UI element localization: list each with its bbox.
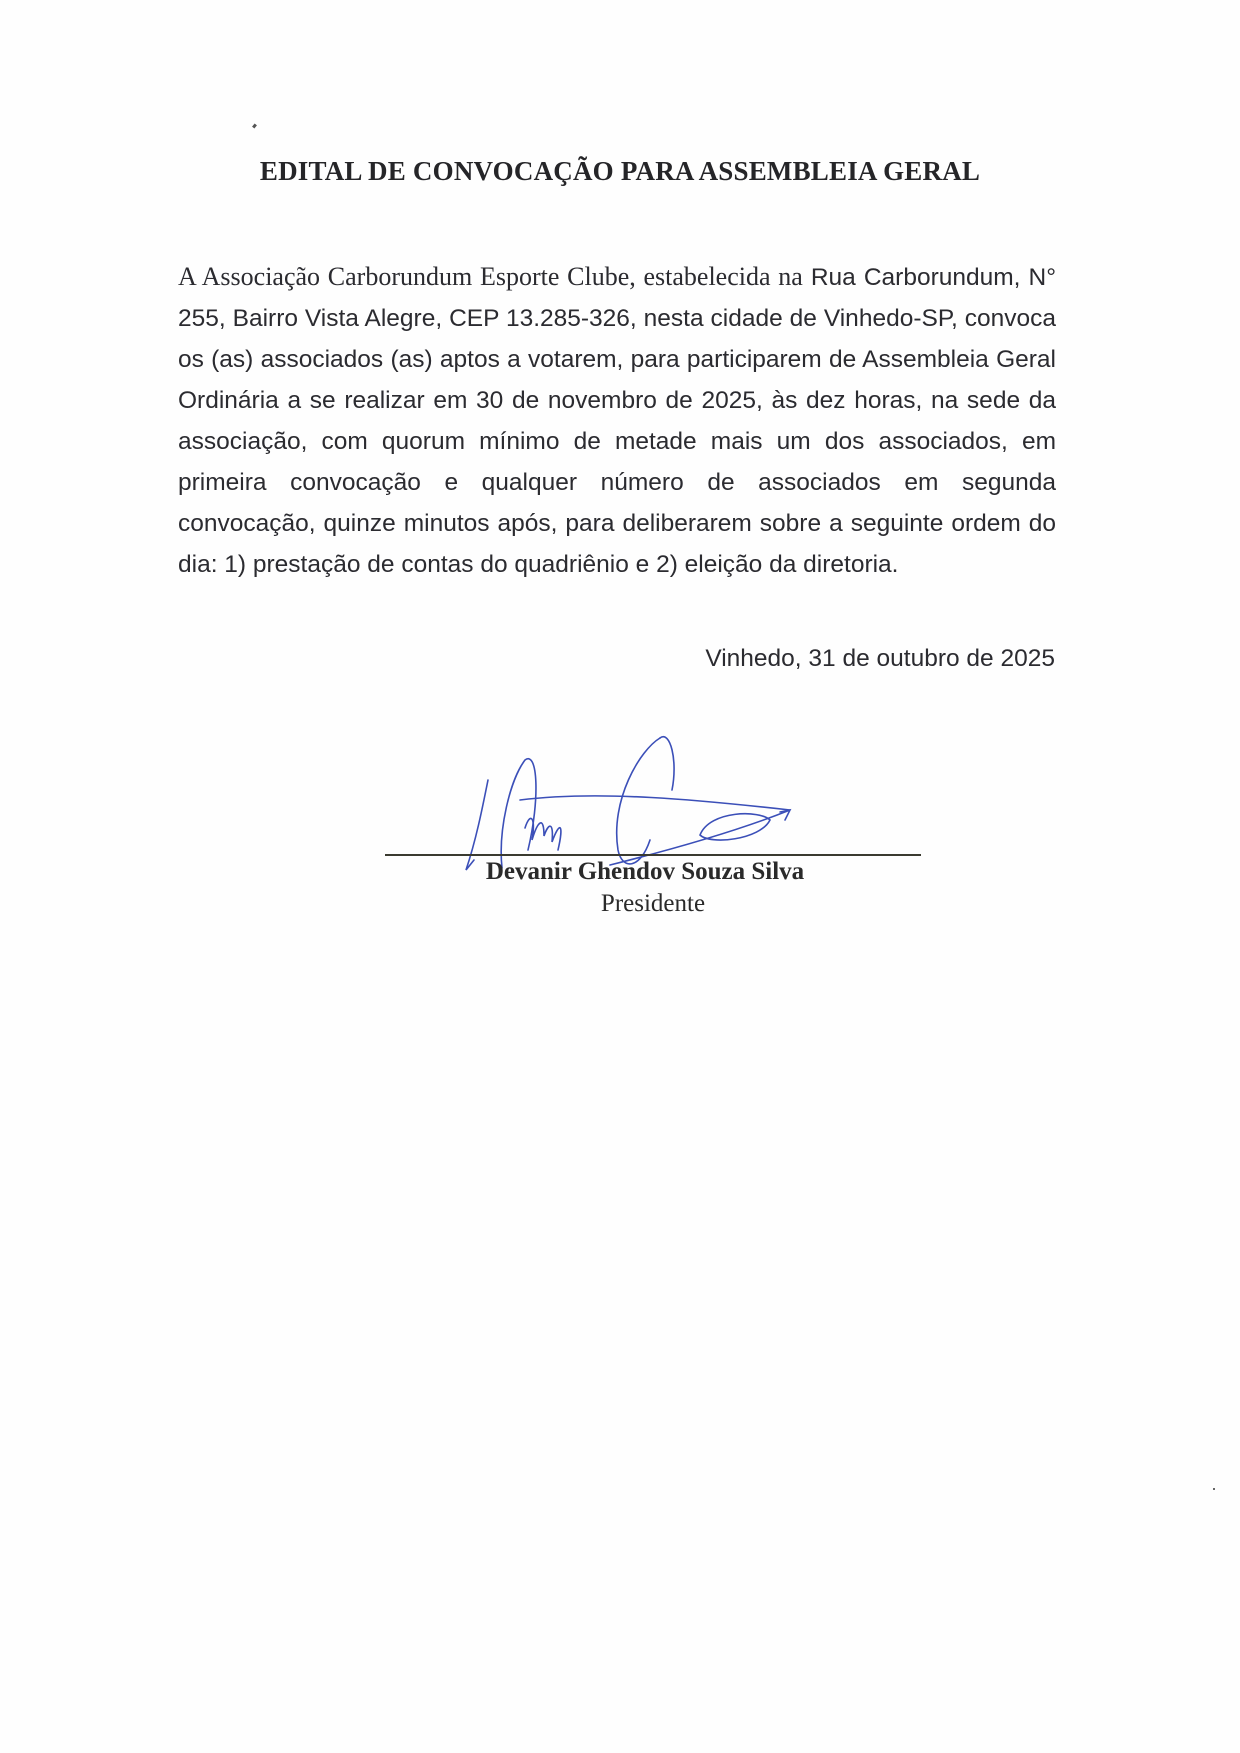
body-opening: A Associação Carborundum Esporte Clube, …	[178, 262, 803, 291]
signer-role: Presidente	[0, 890, 1240, 918]
document-title: EDITAL DE CONVOCAÇÃO PARA ASSEMBLEIA GER…	[0, 156, 1240, 187]
signer-name: Devanir Ghendov Souza Silva	[0, 858, 1240, 886]
document-body: A Associação Carborundum Esporte Clube, …	[178, 256, 1056, 585]
scan-mark	[252, 124, 257, 129]
scan-speck	[1213, 1488, 1215, 1490]
signature-line	[385, 854, 921, 856]
place-date: Vinhedo, 31 de outubro de 2025	[705, 645, 1055, 673]
body-paragraph: Rua Carborundum, N° 255, Bairro Vista Al…	[178, 264, 1056, 578]
